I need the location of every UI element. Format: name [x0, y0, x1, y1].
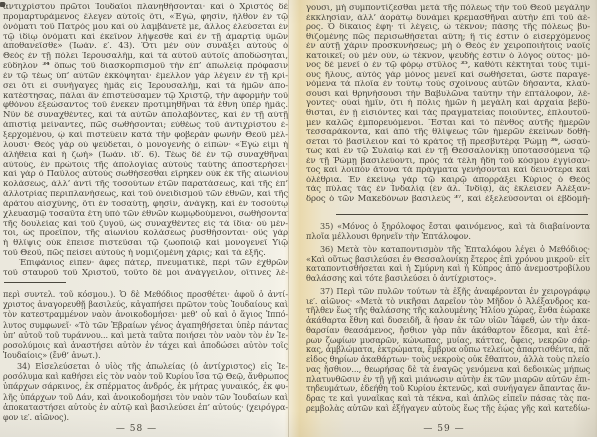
text-line: γοντες· οὐαὶ ἡμῖν, ὅτι ἡ πόλις ἡμῶν ἡ με… — [306, 99, 590, 109]
text-line: αὐτούς, ἐν πρώτοις τῆς ἀπολογίας αὐτοὺς … — [3, 161, 288, 171]
text-line: σουσι καὶ θρηνήσουσι τὴν Βαβυλῶνα ταύτην… — [306, 90, 590, 100]
text-line: Θεὸς ἐν τῇ πόλει Ἰερουσαλήμ, καὶ τὰ αὐτο… — [3, 52, 288, 62]
text-line: ἀλήθεια καὶ ἡ ζωή» (Ἰωάν. ιδ′. 6). Τέως … — [3, 151, 288, 161]
text-line: κατέστησας, πάλαι ἂν ἐπιστεύσαμεν τῷ Χρι… — [3, 92, 288, 102]
text-line: τως καὶ ἐν τῷ Συλαίῳ καὶ ἐν τῇ Θεσσαλονί… — [306, 147, 590, 157]
text-line: τῆς δουλείας καὶ τοῦ ζυγοῦ, ὡς συναχθέντ… — [3, 220, 288, 230]
text-line: τὰς πύλας τὰς ἐν Ἰνδαλίᾳ (ἐν ἄλ. Ἰνδίᾳ),… — [306, 185, 590, 195]
text-line: κολάσεως, ἀλλ’ ἀντὶ τῆς τοσούτων ἐτῶν πα… — [3, 180, 288, 190]
text-line: ὑπ’ αὐτοῦ τοῦ τυράννου... καὶ μετὰ ταῦτα… — [3, 330, 288, 340]
text-line: ἀποκαταστήσει αὐτοὺς ἐν αὐτῷ καὶ βασιλεύ… — [3, 402, 288, 412]
text-line: νος δὲ μενεῖ ὁ ἐν τῷ φόρῳ στῦλος ³⁵, καθ… — [306, 61, 590, 71]
text-line: εὔδηλον ³⁴ ὅπως τοῦ διασκορπισμοῦ τὴν ἐπ… — [3, 62, 288, 72]
footnote-ref: ³⁶ — [551, 138, 558, 147]
footnote-ref: ³⁵ — [460, 61, 467, 70]
text-line: ἐκκλησίαν, ἀλλ’ ἀοράτῳ δυνάμει κρεμασθῆν… — [306, 14, 590, 24]
text-line: ἀκάθαρτα ἔθνη καὶ δυσειδῆ, ἃ ἦσαν ἐκ τῶν… — [306, 316, 590, 326]
text-line: σεται τὸ βασίλειον καὶ τὸ κράτος τῇ πρεσ… — [306, 138, 590, 148]
footnote-separator — [4, 282, 66, 283]
text-line: προμαρτυράμενος ἔλεγεν αὐτοῖς ὅτι, «Ἐγώ,… — [3, 13, 288, 23]
text-line: τοι, ὡς προεῖπον, τῆς αἰωνίου κολάσεως ῥ… — [3, 229, 288, 239]
text-line: ους ἥλους, αὐτὸς γὰρ μόνος μενεῖ καὶ σωθ… — [306, 71, 590, 81]
text-line: ὀνόματι τοῦ Πατρός μου καὶ οὐ λαμβάνετέ … — [3, 23, 288, 33]
text-line: ἡ θλῖψις οὐκ ἔπεισε πιστεῦσαι τῷ ζωοποιῷ… — [3, 239, 288, 249]
text-line: χριστος ἀναγορευθῇ βασιλεύς, κἀγαπήσει π… — [3, 299, 288, 309]
text-line: 35) «Μόνος ὁ ξηρόλοφος ἔσται φαινόμενος,… — [306, 222, 590, 232]
text-line: γουσι, μὴ συμποντίζεσθαι μετὰ τῆς πόλεως… — [306, 4, 590, 14]
book-scan: ἀντιχρίστου πρῶτοι Ἰουδαῖοι πλανηθήσοντα… — [0, 0, 597, 437]
footnotes-left: περὶ συντελ. τοῦ κόσμου.). Ὁ δὲ Μεθόδιος… — [3, 289, 288, 423]
text-line: ἀντιχρίστου πρῶτοι Ἰουδαῖοι πλανηθήσοντα… — [3, 3, 288, 13]
text-line: τοῦ Θεοῦ, πῶς πείσει αὐτοὺς ἡ νομιζομένη… — [3, 249, 288, 259]
text-line: τος καὶ λοιπὸν ἄτονα τὰ πράγματα γενήσον… — [306, 166, 590, 176]
text-line: ἐν τῇ Ῥώμῃ βασιλεύοντι, πρὸς τὰ τέλη ἤδη… — [306, 157, 590, 167]
text-line: τοῦ σταυροῦ τοῦ Χριστοῦ, τοῦτο δέ μοι ἀν… — [3, 269, 288, 279]
text-line: πλοῖα μέλλουσι θρηνεῖν τὴν Ἑπτάλοφον. — [306, 232, 590, 242]
text-line: ὑπάρχων σάρκινος, ἐκ σπέρματος ἀνδρός, ἐ… — [3, 381, 288, 391]
main-text-right: γουσι, μὴ συμποντίζεσθαι μετὰ τῆς πόλεως… — [306, 4, 590, 204]
main-text-left: ἀντιχρίστου πρῶτοι Ἰουδαῖοι πλανηθήσοντα… — [3, 3, 288, 279]
text-line: περὶ συντελ. τοῦ κόσμου.). Ὁ δὲ Μεθόδιος… — [3, 289, 288, 299]
text-line: λυτος συμφωνεῖ· «Τὸ τῶν Ἑβραίων γένος ἀγ… — [3, 320, 288, 330]
text-line: ἐν τῷ τέως ὑπ’ αὐτῶν ἐκκόψηται· ἔμελλον … — [3, 72, 288, 82]
text-line: εἶδος θηρίων ἀκαθάρτων· τοὺς νεκροὺς οὐκ… — [306, 355, 590, 365]
text-line: ιε′. αἰῶνος· «Μετὰ τὸ νικῆσαι Δαρεῖον τὸ… — [306, 297, 590, 307]
text-line: νας ἤσθιον..., θεωρήσας δὲ τὰ ἐναγῶς γεν… — [306, 365, 590, 375]
text-line: φθόνου ἐξεώσαντος τοῦ ἕνεκεν προτιμηθῆνα… — [3, 101, 288, 111]
page-edge-line — [288, 0, 289, 437]
page-right: γουσι, μὴ συμποντίζεσθαι μετὰ τῆς πόλεως… — [306, 0, 590, 437]
text-line: τῆλθεν ἕως τῆς θαλάσσης τῆς καλουμένης Ἡ… — [306, 306, 590, 316]
text-line: ἀπιστίᾳ μείναντες, πῶς σωθήσονται; εὐθέω… — [3, 121, 288, 131]
text-line: καὶ γὰρ ὁ Παῦλος αὐτοὺς σωθήσεσθαι εἴρηκ… — [3, 170, 288, 180]
text-line: τηδευμάτων, ἐδεήθη τοῦ Κυρίου ἐκτενῶς, κ… — [306, 384, 590, 394]
text-line: χλευασμῷ τοσαῦτα ἔτη ὑπὸ τῶν ἐθνῶν κωμῳδ… — [3, 210, 288, 220]
text-line: νόμενα τὰ πλοῖα ἐν τούτῳ τοὺς σχοίνους α… — [306, 80, 590, 90]
text-line: τεσσαράκοντα, καὶ ἀπὸ τῆς θλίψεως τῶν ἡμ… — [306, 128, 590, 138]
text-line: θιζομένης πῶς περισωθήσεται αὕτη; ἢ τίς … — [306, 33, 590, 43]
text-line: «Καὶ οὕτως βασιλεύσει ἐν Θεσσαλονίκῃ ἕτε… — [306, 255, 590, 265]
text-line: θαρσίαν θεασάμενος, ἤσθιον γὰρ πᾶν ἀκάθα… — [306, 326, 590, 336]
text-line: Ἐπιφάνιος εἶπεν· ἄφες πάτερ, πνευματικέ,… — [3, 259, 288, 269]
text-line: ἐν αὐτῇ χάριν προσκυνήσεως; μὴ ὁ Θεὸς ἐν… — [306, 42, 590, 52]
text-line: πλατυνθῶσιν ἐν τῇ γῇ καὶ μιάνωσιν αὐτὴν … — [306, 375, 590, 385]
page-left: ἀντιχρίστου πρῶτοι Ἰουδαῖοι πλανηθήσοντα… — [3, 0, 288, 437]
text-line: ἀποθανεῖσθε» (Ἰωάν. ε′. 43). Ὅτι μὲν οὖν… — [3, 42, 288, 52]
page-number: — 59 — — [306, 424, 590, 434]
text-line: κας, ἀμβλώματα, ἐκτρώματα, ἔμβρυα οὔπω τ… — [306, 345, 590, 355]
text-line: ρων ζωφίων μυσαρῶν, κώνωπας, μυίας, κάττ… — [306, 336, 590, 346]
page-number: — 58 — — [3, 424, 270, 434]
text-line: κατοικεῖ; οὐ μὲν οὖν, ὦ τέκνον, ψευδής ἐ… — [306, 52, 590, 62]
text-line: ρεμβολὰς αὐτῶν καὶ ἐξήγαγεν αὐτοὺς ἕως τ… — [306, 404, 590, 414]
text-line: ροσολύμοις καὶ ἀναστήσει αὐτὸν ἐν τάχει … — [3, 340, 288, 350]
text-line: ρος. Ὁ δίκαιος ἔφη· τί λέγεις, ὦ τέκνον;… — [306, 23, 590, 33]
text-line: ροσόλυμα καὶ καθήσει εἰς τὸν ναὸν τοῦ Κυ… — [3, 371, 288, 381]
text-line: ἀράτου αἰσχύνης, ὅτι ἐν τοσαύτῃ, φησίν, … — [3, 200, 288, 210]
text-line: τὸν κατεστραμμένον ναὸν ἀνοικοδομήσει· μ… — [3, 309, 288, 319]
text-line: Νῦν δὲ συναχθέντες, καὶ τὰ αὐτῶν ἀπολαβό… — [3, 111, 288, 121]
text-line: δρος ὁ τῶν Μακεδόνων βασιλεὺς ³⁷, καὶ ἐξ… — [306, 195, 590, 205]
text-line: 36) Μετὰ τὸν καταποντισμὸν τῆς Ἑπταλόφου… — [306, 245, 590, 255]
text-line: καταποντισθήσεται καὶ ἡ Σμύρνη καὶ ἡ Κύπ… — [306, 264, 590, 274]
text-line: ἀλλοτρίας περιπλανήσεως, καὶ τοῦ ὀνειδισ… — [3, 190, 288, 200]
text-line: λουσι· Θεὸς γὰρ οὐ ψεύδεται, ὁ μονογενὴς… — [3, 141, 288, 151]
footnote-ref: ³⁴ — [42, 62, 49, 71]
text-line: δρας τε καὶ γυναῖκας καὶ τὰ τέκνα, καὶ ἁ… — [306, 394, 590, 404]
text-line: λῆς ὑπάρχων τοῦ Δάν, καὶ ἀνοικοδομήσει τ… — [3, 392, 288, 402]
text-line: σει ὅτι εἰ συνήγαγες ἡμᾶς εἰς Ἰερουσαλήμ… — [3, 82, 288, 92]
text-line: 37) Περὶ τῶν πυλῶν τούτων τὰ ἑξῆς ἀναφέρ… — [306, 287, 590, 297]
text-line: φον ιε′. αἰῶνος). — [3, 412, 288, 422]
footnote-separator — [336, 214, 588, 215]
footnote-ref: ³⁷ — [454, 195, 461, 204]
text-line: ὀλέθρια. Ἐν ἐκείνῳ γὰρ τῷ καιρῷ ἀπορράξε… — [306, 176, 590, 186]
text-line: μεν καλῶς ἐμπορευόμενοι. Ἔσται καὶ τὸ πέ… — [306, 119, 590, 129]
text-line: τῷ ἰδίῳ ὀνόματι καὶ ἐκεῖνον λήψεσθε καὶ … — [3, 33, 288, 43]
text-line: θισται, ἐν ᾗ εἰσιόντες καὶ τὰς πραγματεί… — [306, 109, 590, 119]
text-line: Ἰουδαίοις» (ἔνθ’ ἀνωτ.). — [3, 350, 288, 360]
text-line: θαλάσσης καὶ τότε βασιλεύσει ὁ ἀντίχριστ… — [306, 274, 590, 284]
footnotes-right: 35) «Μόνος ὁ ξηρόλοφος ἔσται φαινόμενος,… — [306, 222, 590, 413]
text-line: 34) Εἰσελεύσεται ὁ υἱὸς τῆς ἀπωλείας (ὁ … — [3, 361, 288, 371]
text-line: ξερχομένου, ᾧ καὶ πιστεύειν κατὰ τὴν φοβ… — [3, 131, 288, 141]
